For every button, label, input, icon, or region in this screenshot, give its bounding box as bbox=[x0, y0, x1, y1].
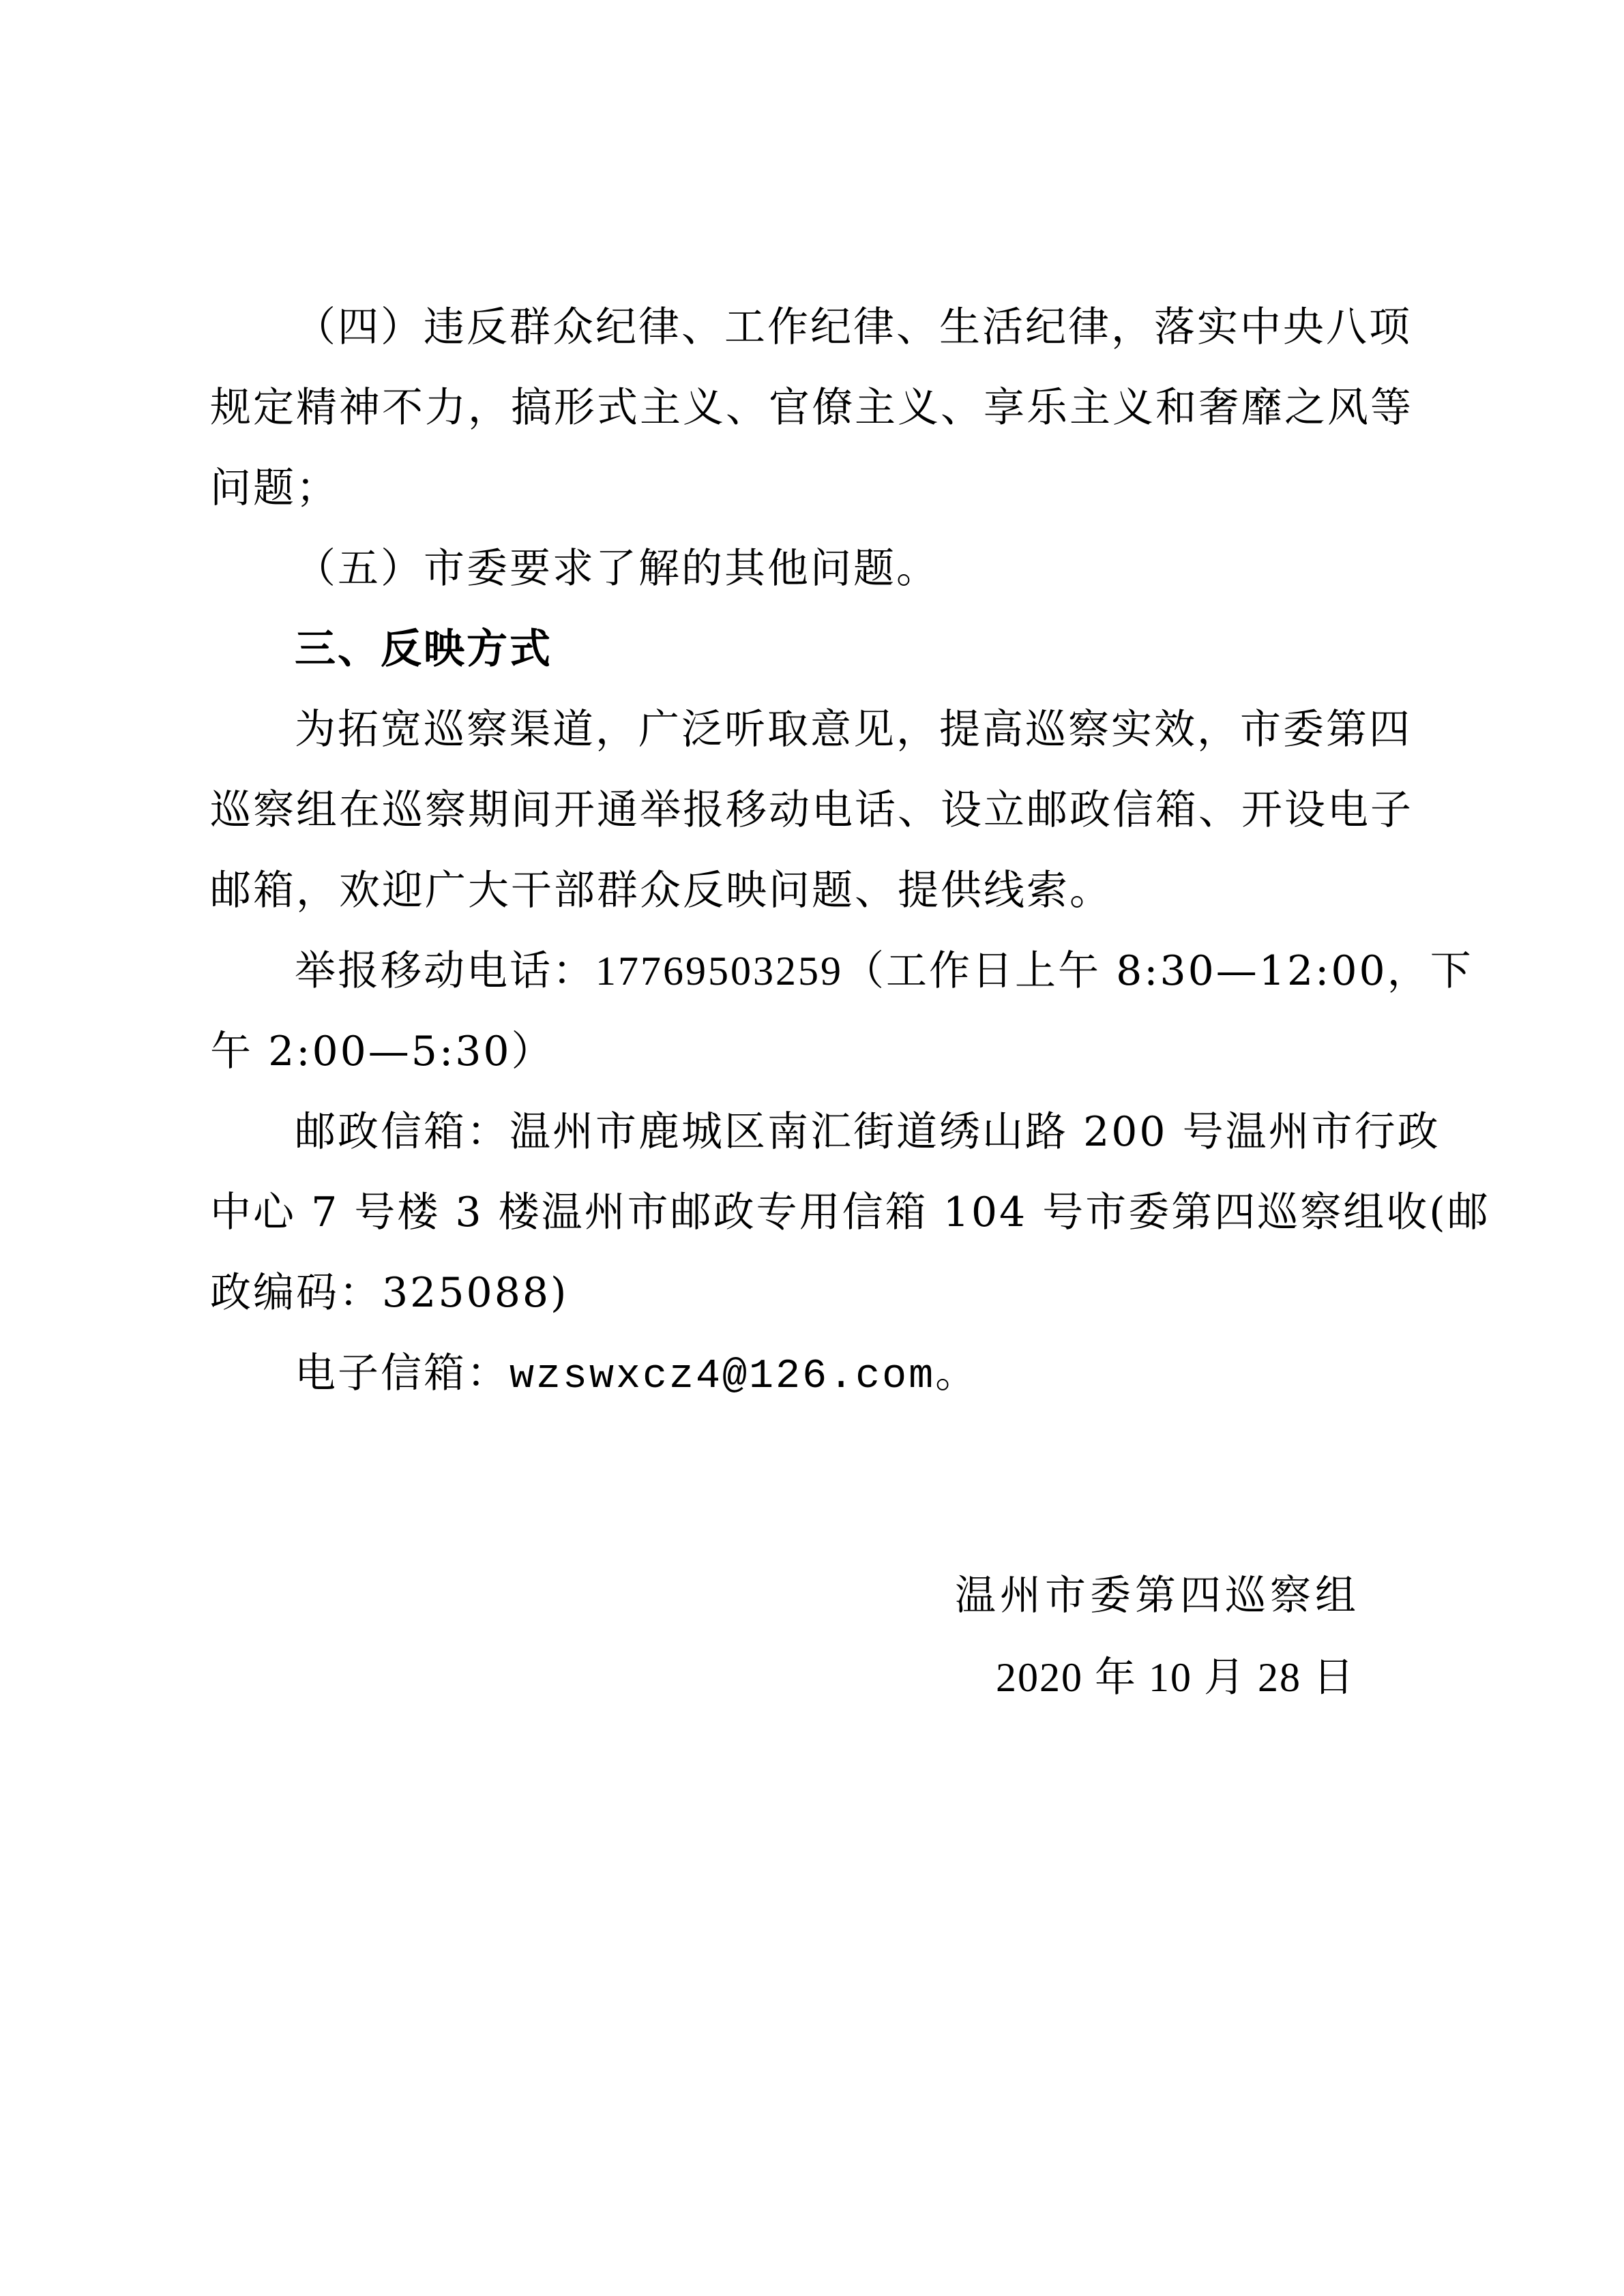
phone-number: 17769503259 bbox=[595, 949, 843, 994]
intro-line3: 邮箱，欢迎广大干部群众反映问题、提供线索。 bbox=[210, 863, 1424, 918]
email-end: 。 bbox=[935, 1350, 978, 1397]
mail-line2: 中心 7 号楼 3 楼温州市邮政专用信箱 104 号市委第四巡察组收(邮 bbox=[210, 1185, 1424, 1240]
item4-line2: 规定精神不力，搞形式主义、官僚主义、享乐主义和奢靡之风等 bbox=[210, 381, 1424, 435]
document-page: （四）违反群众纪律、工作纪律、生活纪律，落实中央八项 规定精神不力，搞形式主义、… bbox=[0, 0, 1624, 2296]
intro-line2: 巡察组在巡察期间开通举报移动电话、设立邮政信箱、开设电子 bbox=[210, 783, 1424, 837]
section3-heading: 三、反映方式 bbox=[295, 622, 1424, 676]
email-address: wzswxcz4@126.com bbox=[510, 1354, 935, 1400]
phone-hours-part1: （工作日上午 8:30—12:00，下 bbox=[843, 947, 1473, 995]
item5: （五）市委要求了解的其他问题。 bbox=[295, 541, 1424, 596]
mail-line3: 政编码：325088) bbox=[210, 1266, 1424, 1320]
email-line: 电子信箱：wzswxcz4@126.com。 bbox=[295, 1346, 1424, 1404]
email-label: 电子信箱： bbox=[295, 1350, 510, 1397]
intro-line1: 为拓宽巡察渠道，广泛听取意见，提高巡察实效，市委第四 bbox=[295, 702, 1424, 757]
signature-date: 2020 年 10 月 28 日 bbox=[996, 1650, 1355, 1705]
mail-line1: 邮政信箱：温州市鹿城区南汇街道绣山路 200 号温州市行政 bbox=[295, 1105, 1424, 1159]
phone-line1: 举报移动电话：17769503259（工作日上午 8:30—12:00，下 bbox=[295, 944, 1424, 998]
phone-hours-part2: 午 2:00—5:30） bbox=[210, 1024, 1424, 1079]
signature-org: 温州市委第四巡察组 bbox=[955, 1568, 1360, 1623]
item4-line3: 问题； bbox=[210, 461, 1424, 516]
item4-line1: （四）违反群众纪律、工作纪律、生活纪律，落实中央八项 bbox=[295, 300, 1424, 355]
phone-label: 举报移动电话： bbox=[295, 947, 595, 995]
